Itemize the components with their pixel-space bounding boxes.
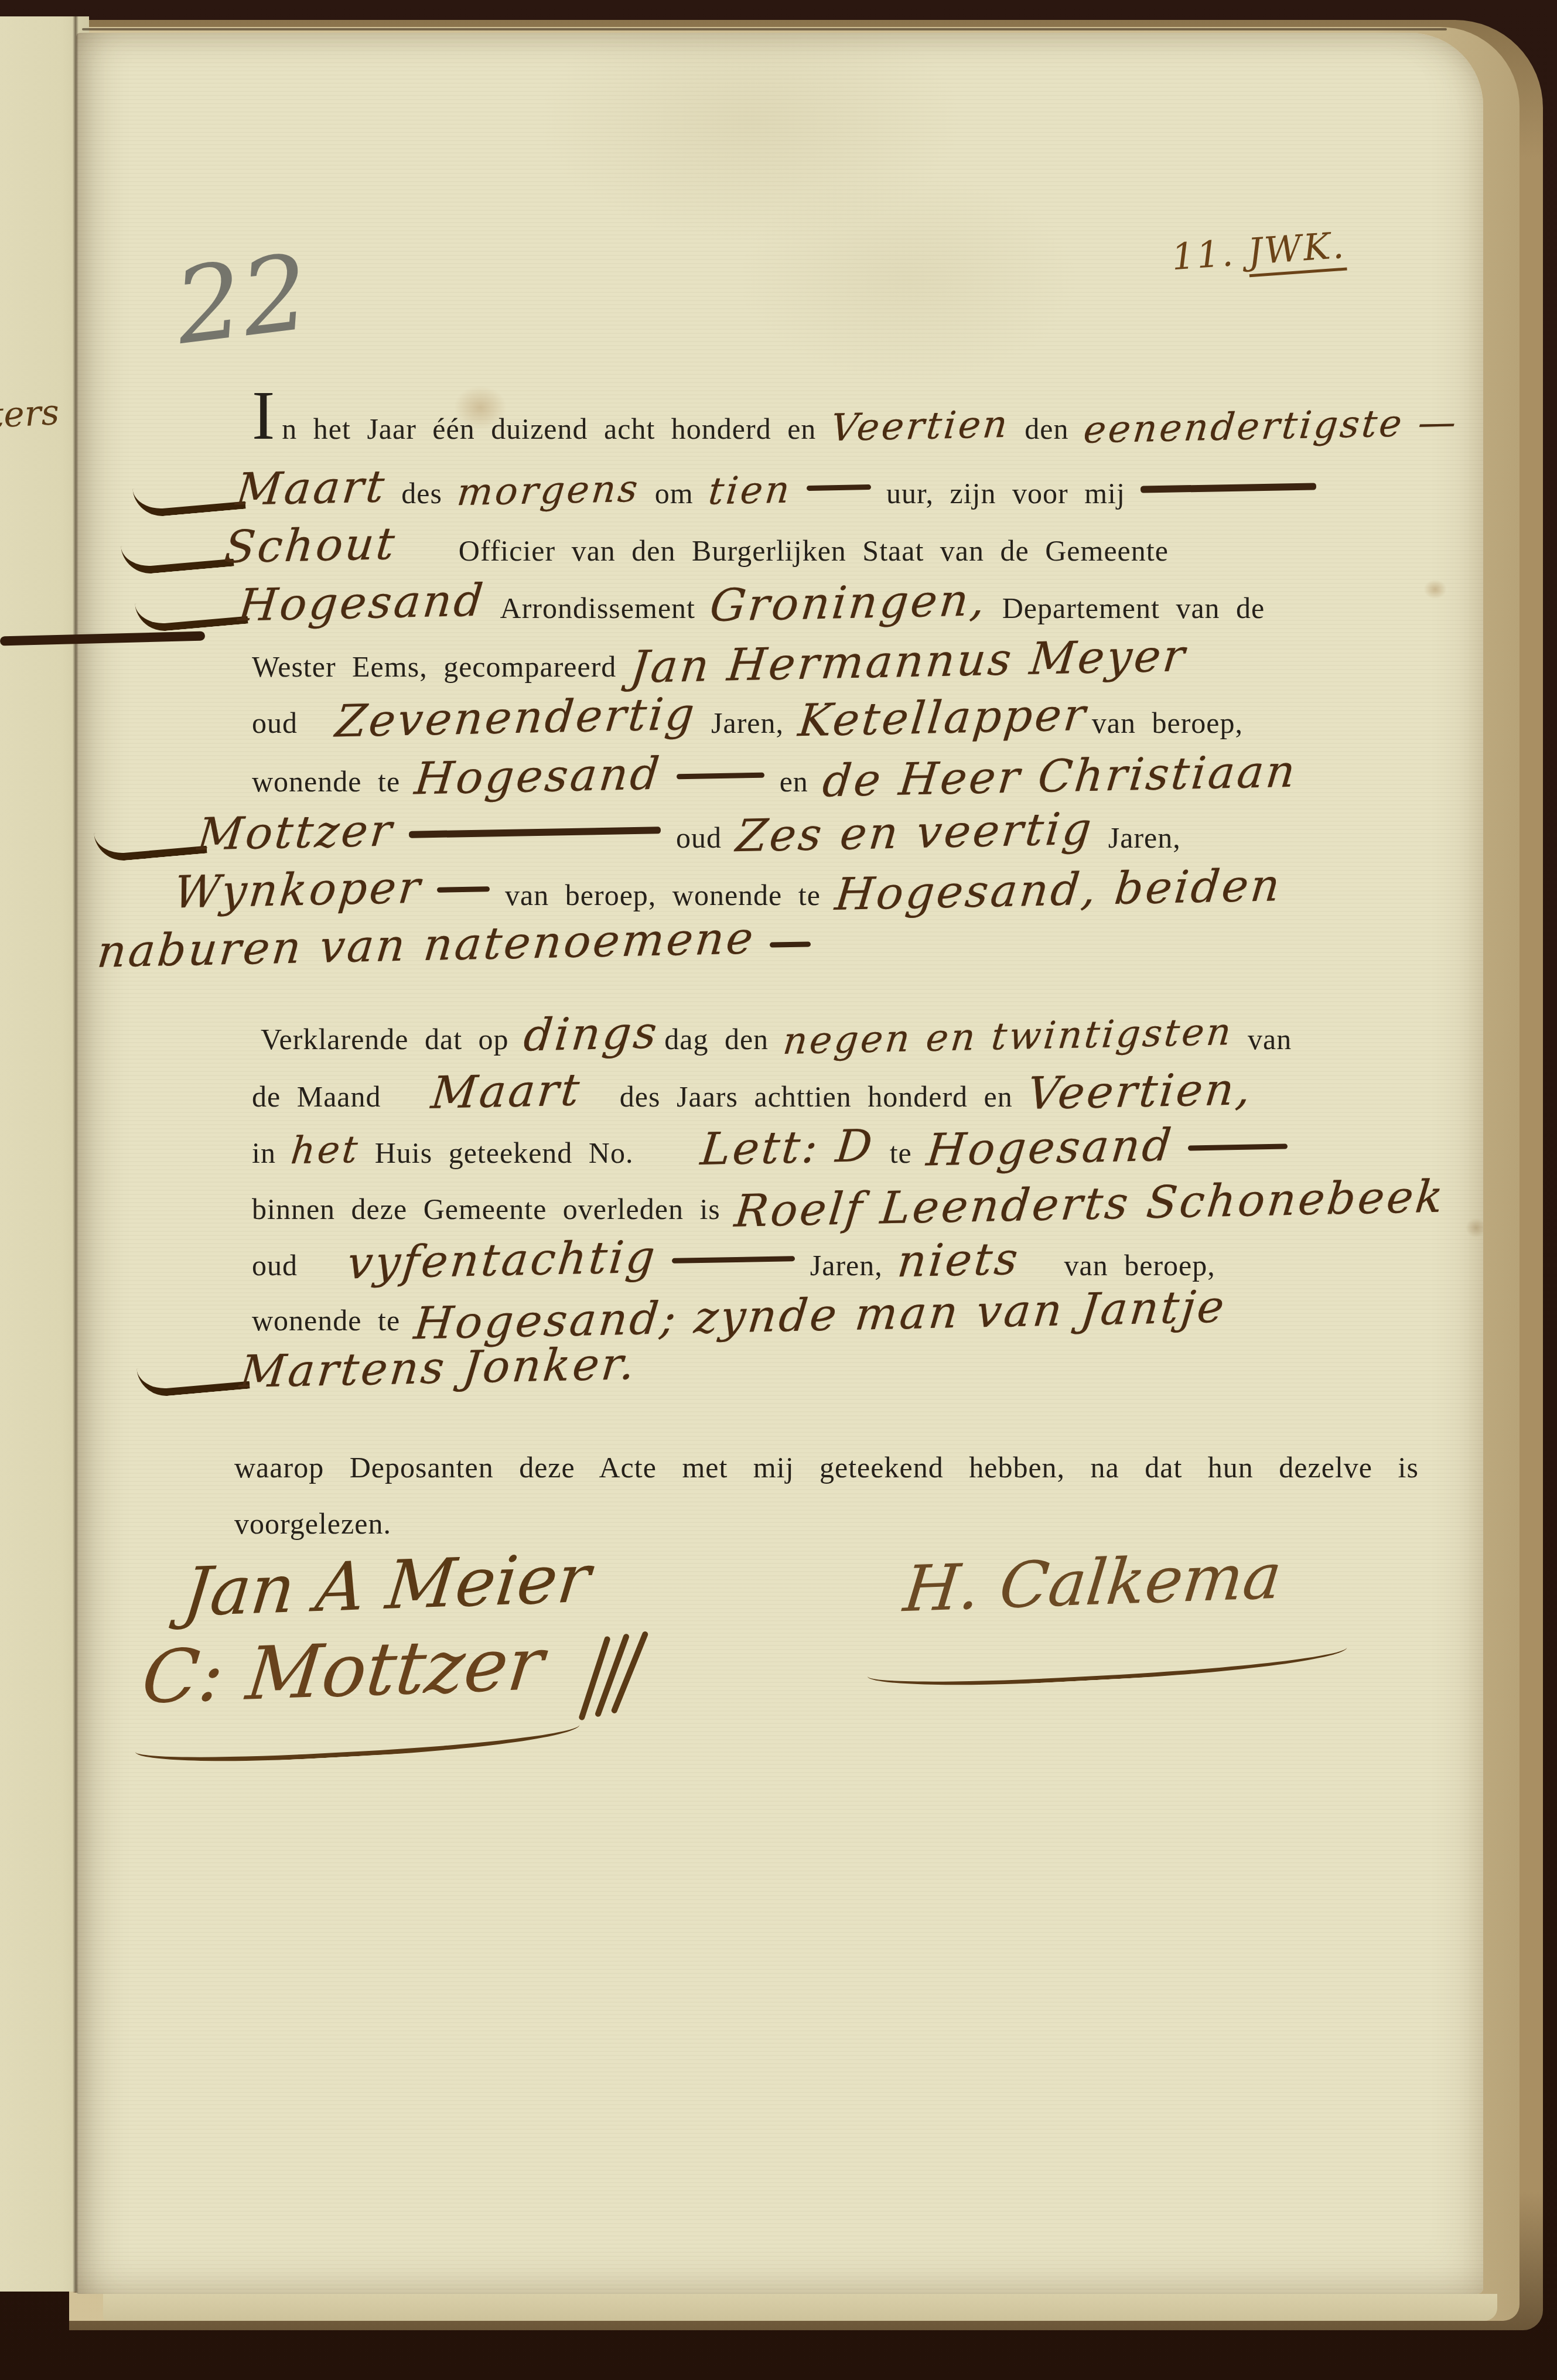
printed-text: te: [890, 1136, 912, 1170]
printed-text: Wester Eems, gecompareerd: [252, 650, 616, 684]
ink-swash: [135, 594, 248, 633]
handwritten-text: morgens: [455, 467, 642, 514]
handwritten-text: niets: [895, 1232, 1022, 1287]
printed-text: Jaren,: [711, 706, 784, 740]
folio-prefix: 11.: [1170, 231, 1236, 278]
act-line-7: wonende te Hogesand en de Heer Christiaa…: [252, 750, 1297, 802]
printed-text: voorgelezen.: [234, 1507, 391, 1541]
handwritten-text: Hogesand: [924, 1119, 1176, 1176]
printed-text: van: [1248, 1022, 1292, 1056]
handwritten-text: Maart: [429, 1063, 584, 1118]
ink-dash: [807, 484, 871, 491]
printed-text: Verklarende dat op: [261, 1022, 509, 1056]
act-line-8: Mottzer oud Zes en veertig Jaren,: [95, 806, 1181, 858]
printed-text: wonende te: [252, 764, 400, 798]
printed-text: in: [252, 1136, 276, 1170]
handwritten-text: Roelf Leenderts Schonebeek: [732, 1170, 1447, 1237]
handwritten-text: Zes en veertig: [734, 803, 1096, 862]
printed-text: binnen deze Gemeente overleden is: [252, 1192, 721, 1226]
printed-text: van beroep,: [1064, 1248, 1215, 1282]
handwritten-text: Jan Hermannus Meyer: [629, 629, 1190, 693]
ink-dash: [409, 827, 661, 838]
register-book-scan: 22 11. JWK. ters I n het Jaar één duizen…: [0, 0, 1557, 2380]
act-line-10: naburen van natenoemene: [98, 918, 811, 971]
act-line-16: wonende te Hogesand; zynde man van Jantj…: [252, 1289, 1225, 1341]
printed-text: Jaren,: [1108, 821, 1181, 855]
act-line-12: de Maand Maart des Jaars achttien honder…: [252, 1065, 1252, 1117]
ink-swash: [94, 824, 207, 863]
handwritten-text: het: [289, 1128, 362, 1173]
handwritten-text: Hogesand: [412, 747, 664, 805]
act-line-5: Wester Eems, gecompareerd Jan Hermannus …: [252, 635, 1186, 687]
printed-text: Huis geteekend No.: [375, 1136, 634, 1170]
handwritten-text: eenendertigste —: [1081, 401, 1460, 452]
printed-text: van beroep,: [1092, 706, 1243, 740]
act-line-1: I n het Jaar één duizend acht honderd en…: [252, 391, 1457, 448]
handwritten-text: Hogesand: [236, 574, 488, 631]
ink-dash: [1188, 1144, 1288, 1151]
bottom-page-edge: [103, 2294, 1497, 2321]
ink-dash: [672, 1256, 795, 1264]
act-line-14: binnen deze Gemeente overleden is Roelf …: [252, 1177, 1444, 1230]
printed-text: dag den: [664, 1022, 769, 1056]
handwritten-text: vyfentachtig: [345, 1230, 660, 1289]
handwritten-text: Wynkoper: [172, 861, 425, 918]
ink-dash: [770, 941, 811, 947]
handwritten-text: Hogesand, beiden: [832, 859, 1284, 920]
printed-text: oud: [676, 821, 722, 855]
act-line-6: oud Zevenendertig Jaren, Ketellapper van…: [252, 691, 1243, 743]
printed-text: Departement van de: [1002, 591, 1265, 625]
handwritten-text: Zevenendertig: [333, 688, 699, 747]
act-line-11: Verklarende dat op dings dag den negen e…: [261, 1008, 1292, 1060]
handwritten-text: Lett: D: [699, 1119, 877, 1175]
top-page-edge-line: [82, 28, 1447, 30]
handwritten-text: Veertien,: [1025, 1063, 1255, 1119]
closing-line-2: voorgelezen.: [234, 1507, 391, 1541]
handwritten-text: Schout: [222, 517, 400, 573]
printed-text: des: [401, 476, 442, 510]
printed-text: Jaren,: [810, 1248, 883, 1282]
act-line-4: Hogesand Arrondissement Groningen, Depar…: [136, 576, 1265, 629]
printed-text: Arrondissement: [500, 591, 695, 625]
printed-text: oud: [252, 706, 298, 740]
act-line-2: Maart des morgens om tien uur, zijn voor…: [134, 462, 1316, 514]
act-line-13: in het Huis geteekend No. Lett: D te Hog…: [252, 1121, 1288, 1173]
handwritten-text: tien: [706, 469, 794, 514]
ink-swash: [132, 479, 246, 518]
closing-line-1: waarop Deposanten deze Acte met mij gete…: [234, 1450, 1419, 1484]
act-line-15: oud vyfentachtig Jaren, niets van beroep…: [252, 1234, 1215, 1286]
printed-text: n het Jaar één duizend acht honderd en: [282, 412, 816, 446]
binding-crease: [73, 16, 78, 2293]
folio-initials: JWK.: [1247, 224, 1347, 277]
handwritten-text: negen en twintigsten: [781, 1010, 1235, 1063]
ink-dash: [677, 773, 764, 780]
act-line-3: Schout Officier van den Burgerlijken Sta…: [122, 519, 1169, 571]
handwritten-text: Veertien: [829, 403, 1012, 450]
handwritten-text: Mottzer: [195, 804, 397, 861]
printed-text: uur, zijn voor mij: [886, 476, 1125, 510]
ink-swash: [121, 537, 234, 576]
printed-text: des Jaars achttien honderd en: [620, 1080, 1013, 1114]
handwritten-text: naburen van natenoemene: [95, 911, 758, 977]
printed-text: de Maand: [252, 1080, 381, 1114]
dropcap-initial: I: [252, 391, 275, 441]
printed-text: den: [1025, 412, 1068, 446]
signature-deponent-2: C: Mottzer: [138, 1621, 548, 1720]
handwritten-text: Groningen,: [708, 573, 990, 631]
act-line-9: Wynkoper van beroep, wonende te Hogesand…: [175, 863, 1281, 916]
margin-text-fragment: ters: [0, 392, 60, 436]
handwritten-text: Ketellapper: [796, 688, 1090, 746]
ink-dash: [437, 886, 490, 893]
printed-text: waarop Deposanten deze Acte met mij gete…: [234, 1450, 1419, 1484]
printed-text: oud: [252, 1248, 298, 1282]
handwritten-text: Maart: [234, 460, 389, 515]
signature-deponent-1: Jan A Meier: [179, 1539, 594, 1632]
ink-dash: [1141, 483, 1316, 493]
handwritten-text: dings: [521, 1006, 661, 1061]
pencil-page-number: 22: [169, 231, 315, 368]
handwritten-text: Martens Jonker.: [238, 1337, 640, 1398]
printed-text: en: [780, 764, 808, 798]
act-line-17: Martens Jonker.: [138, 1341, 636, 1394]
printed-text: Officier van den Burgerlijken Staat van …: [459, 534, 1169, 568]
signature-officer: H. Calkema: [900, 1540, 1285, 1626]
printed-text: om: [655, 476, 694, 510]
ink-swash: [136, 1359, 250, 1398]
printed-text: van beroep, wonende te: [505, 878, 821, 912]
handwritten-text: de Heer Christiaan: [820, 745, 1300, 807]
printed-text: wonende te: [252, 1303, 400, 1337]
